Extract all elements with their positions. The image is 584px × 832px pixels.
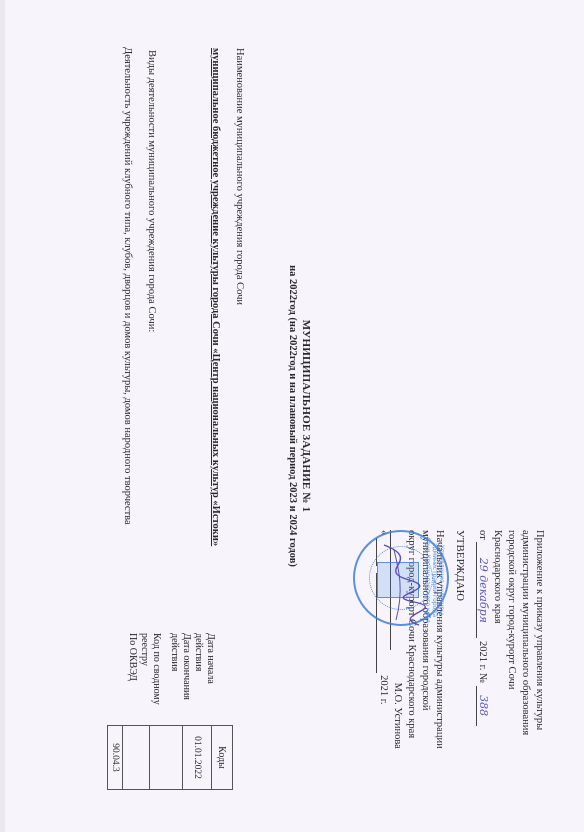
appendix-line: Приложение к приказу управления культуры (532, 530, 546, 735)
handwritten-number: 388 (476, 686, 490, 726)
date-year: 2021 г. (477, 641, 488, 670)
approval-date-year: 2021 г. (378, 675, 389, 704)
handwritten-date: 29 декабря (476, 542, 490, 638)
codes-labels: Дата начала действия Дата окончания дейс… (126, 633, 216, 705)
appendix-block: Приложение к приказу управления культуры… (476, 530, 546, 735)
document-page: Приложение к приказу управления культуры… (0, 0, 584, 832)
appendix-line: администрации муниципального образования (518, 530, 532, 735)
institution-label: Наименование муниципального учреждения г… (233, 48, 246, 305)
code-label: действия (192, 633, 204, 705)
appendix-date-line: от 29 декабря 2021 г. № 388 (476, 530, 490, 735)
code-label: Код по сводному (150, 633, 162, 705)
table-row: 01.01.2022 (183, 726, 212, 790)
end-date-cell (150, 726, 183, 790)
document-subtitle: на 2022год (на 2022год и на плановый пер… (287, 0, 298, 832)
number-sign: № (477, 673, 488, 683)
start-date-cell: 01.01.2022 (183, 726, 212, 790)
codes-header: Коды (212, 726, 233, 790)
table-row (123, 726, 150, 790)
approval-heading: УТВЕРЖДАЮ (446, 530, 466, 749)
table-row: Коды (212, 726, 233, 790)
date-prefix: от (477, 530, 488, 540)
appendix-line: Краснодарского края (490, 530, 504, 735)
signature-icon (364, 540, 434, 630)
code-label: Дата начала (204, 633, 216, 705)
appendix-line: городской округ город-курорт Сочи (504, 530, 518, 735)
code-label: По ОКВЭД (126, 633, 138, 705)
okved-cell: 90.04.3 (108, 726, 123, 790)
table-row: 90.04.3 (108, 726, 123, 790)
institution-name: муниципальное бюджетное учреждение культ… (210, 48, 221, 546)
document-title: МУНИЦИПАЛЬНОЕ ЗАДАНИЕ № 1 (300, 0, 312, 832)
codes-table: Коды 01.01.2022 90.04.3 (107, 725, 233, 790)
registry-code-cell (123, 726, 150, 790)
code-label: действия (168, 633, 180, 705)
signatory-name: М.О. Устинова (392, 683, 403, 749)
code-label: Дата окончания (180, 633, 192, 705)
activities-label: Виды деятельности муниципального учрежде… (145, 50, 158, 332)
activities-value: Деятельность учреждений клубного типа, к… (121, 47, 134, 525)
table-row (150, 726, 183, 790)
code-label: реестру (138, 633, 150, 705)
